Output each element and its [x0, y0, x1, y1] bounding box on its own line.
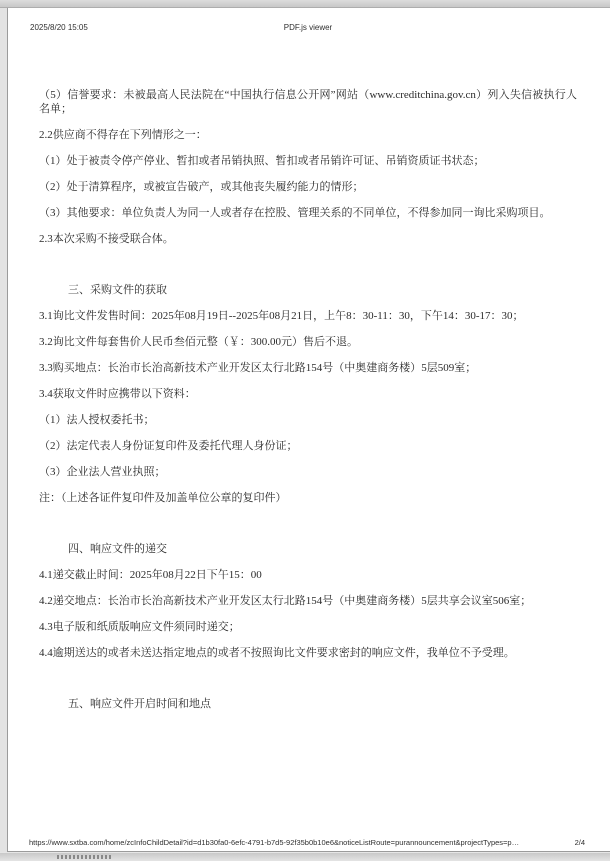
print-footer: https://www.sxtba.com/home/zcInfoChildDe… [29, 838, 585, 849]
paragraph: （3）企业法人营业执照； [39, 465, 577, 479]
paragraph: （2）处于清算程序，或被宣告破产，或其他丧失履约能力的情形； [39, 180, 577, 194]
paragraph: 注：（上述各证件复印件及加盖单位公章的复印件） [39, 491, 577, 505]
page-indicator: 2/4 [565, 838, 585, 847]
paragraph: （2）法定代表人身份证复印件及委托代理人身份证； [39, 439, 577, 453]
paragraph: 3.2询比文件每套售价人民币叁佰元整（￥：300.00元）售后不退。 [39, 335, 577, 349]
paragraph: （5）信誉要求：未被最高人民法院在“中国执行信息公开网”网站（www.credi… [39, 88, 577, 116]
section-heading: 四、响应文件的递交 [39, 517, 577, 556]
section-heading: 三、采购文件的获取 [39, 258, 577, 297]
page-left-gutter [0, 8, 7, 852]
paragraph: 3.3购买地点：长治市长治高新技术产业开发区太行北路154号（中奥建商务楼）5层… [39, 361, 577, 375]
paragraph: 2.3本次采购不接受联合体。 [39, 232, 577, 246]
document-body: （5）信誉要求：未被最高人民法院在“中国执行信息公开网”网站（www.credi… [39, 88, 577, 723]
source-url: https://www.sxtba.com/home/zcInfoChildDe… [29, 838, 519, 847]
page-gap [0, 853, 610, 861]
paragraph: （3）其他要求：单位负责人为同一人或者存在控股、管理关系的不同单位，不得参加同一… [39, 206, 577, 220]
viewer-title: PDF.js viewer [30, 23, 586, 32]
paragraph: 4.4逾期送达的或者未送达指定地点的或者不按照询比文件要求密封的响应文件，我单位… [39, 646, 577, 660]
paragraph: 3.4获取文件时应携带以下资料： [39, 387, 577, 401]
paragraph: （1）处于被责令停产停业、暂扣或者吊销执照、暂扣或者吊销许可证、吊销资质证书状态… [39, 154, 577, 168]
paragraph: 4.3电子版和纸质版响应文件须同时递交； [39, 620, 577, 634]
section-heading: 五、响应文件开启时间和地点 [39, 672, 577, 711]
paragraph: 4.2递交地点：长治市长治高新技术产业开发区太行北路154号（中奥建商务楼）5层… [39, 594, 577, 608]
paragraph: （1）法人授权委托书； [39, 413, 577, 427]
paragraph: 3.1询比文件发售时间：2025年08月19日--2025年08月21日，上午8… [39, 309, 577, 323]
clipped-next-page-text [57, 855, 113, 859]
paragraph: 4.1递交截止时间：2025年08月22日下午15：00 [39, 568, 577, 582]
browser-chrome-bar [0, 0, 610, 8]
pdf-print-page: 2025/8/20 15:05 PDF.js viewer （5）信誉要求：未被… [7, 8, 610, 852]
print-header: 2025/8/20 15:05 PDF.js viewer [30, 23, 586, 35]
paragraph: 2.2供应商不得存在下列情形之一： [39, 128, 577, 142]
